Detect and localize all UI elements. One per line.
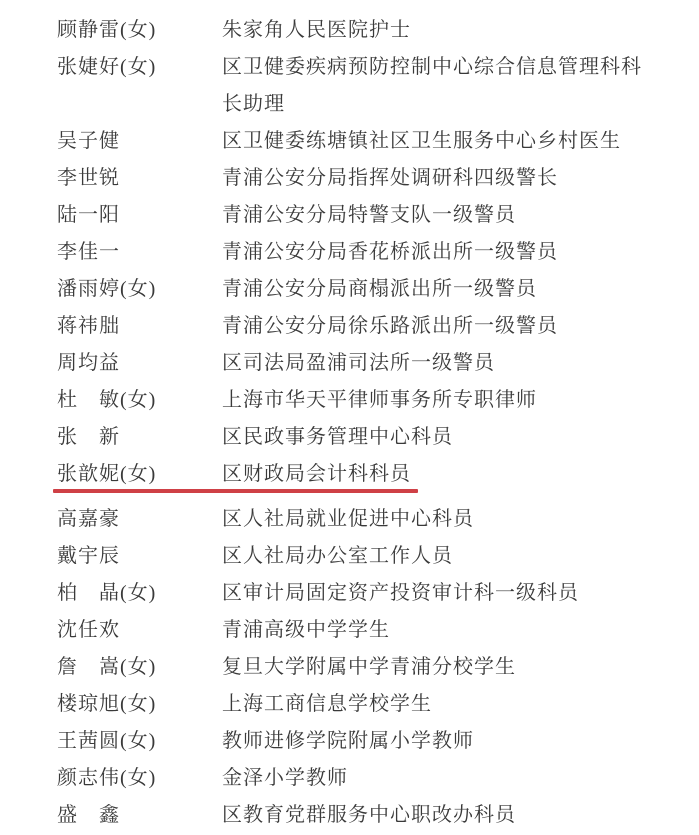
person-name: 高嘉豪 — [57, 501, 222, 538]
person-title: 金泽小学教师 — [222, 760, 348, 797]
person-title: 区人社局就业促进中心科员 — [222, 501, 474, 538]
person-title: 区卫健委疾病预防控制中心综合信息管理科科长助理 — [222, 49, 648, 123]
person-name: 沈任欢 — [57, 612, 222, 649]
person-title: 青浦公安分局商榻派出所一级警员 — [222, 271, 537, 308]
document-page: 顾静雷(女)朱家角人民医院护士张婕好(女)区卫健委疾病预防控制中心综合信息管理科… — [0, 0, 699, 835]
list-row: 颜志伟(女)金泽小学教师 — [57, 760, 679, 797]
person-name: 张 新 — [57, 419, 222, 456]
person-name: 戴宇辰 — [57, 538, 222, 575]
list-row: 周均益区司法局盈浦司法所一级警员 — [57, 345, 679, 382]
person-name: 盛 鑫 — [57, 797, 222, 834]
person-title: 教师进修学院附属小学教师 — [222, 723, 474, 760]
person-title: 区教育党群服务中心职改办科员 — [222, 797, 516, 834]
person-name: 李世锐 — [57, 160, 222, 197]
person-name: 蒋祎朏 — [57, 308, 222, 345]
person-title: 青浦公安分局徐乐路派出所一级警员 — [222, 308, 558, 345]
person-title: 青浦公安分局特警支队一级警员 — [222, 197, 516, 234]
list-row: 张 新区民政事务管理中心科员 — [57, 419, 679, 456]
list-row: 高嘉豪区人社局就业促进中心科员 — [57, 501, 679, 538]
person-title: 上海工商信息学校学生 — [222, 686, 432, 723]
person-name: 周均益 — [57, 345, 222, 382]
person-name: 陆一阳 — [57, 197, 222, 234]
list-row: 张歆妮(女)区财政局会计科科员 — [57, 456, 679, 493]
person-title: 区财政局会计科科员 — [222, 456, 411, 493]
person-title: 复旦大学附属中学青浦分校学生 — [222, 649, 516, 686]
list-row: 戴宇辰区人社局办公室工作人员 — [57, 538, 679, 575]
person-name: 王茜圆(女) — [57, 723, 222, 760]
person-title: 青浦高级中学学生 — [222, 612, 390, 649]
person-title: 区司法局盈浦司法所一级警员 — [222, 345, 495, 382]
person-title: 上海市华天平律师事务所专职律师 — [222, 382, 537, 419]
person-title: 区人社局办公室工作人员 — [222, 538, 453, 575]
list-row: 盛 鑫区教育党群服务中心职改办科员 — [57, 797, 679, 834]
list-row: 蒋祎朏青浦公安分局徐乐路派出所一级警员 — [57, 308, 679, 345]
person-title: 区卫健委练塘镇社区卫生服务中心乡村医生 — [222, 123, 621, 160]
person-title: 朱家角人民医院护士 — [222, 12, 411, 49]
list-row: 詹 嵩(女)复旦大学附属中学青浦分校学生 — [57, 649, 679, 686]
list-row: 顾静雷(女)朱家角人民医院护士 — [57, 12, 679, 49]
list-row: 李佳一青浦公安分局香花桥派出所一级警员 — [57, 234, 679, 271]
list-row: 沈任欢青浦高级中学学生 — [57, 612, 679, 649]
person-name: 潘雨婷(女) — [57, 271, 222, 308]
person-name: 杜 敏(女) — [57, 382, 222, 419]
list-row: 楼琼旭(女)上海工商信息学校学生 — [57, 686, 679, 723]
person-name: 张婕好(女) — [57, 49, 222, 86]
list-row: 张婕好(女)区卫健委疾病预防控制中心综合信息管理科科长助理 — [57, 49, 679, 123]
list-row: 杜 敏(女)上海市华天平律师事务所专职律师 — [57, 382, 679, 419]
person-name: 顾静雷(女) — [57, 12, 222, 49]
person-title: 青浦公安分局指挥处调研科四级警长 — [222, 160, 558, 197]
person-name: 张歆妮(女) — [57, 456, 222, 493]
list-row: 李世锐青浦公安分局指挥处调研科四级警长 — [57, 160, 679, 197]
list-row: 柏 晶(女)区审计局固定资产投资审计科一级科员 — [57, 575, 679, 612]
people-list: 顾静雷(女)朱家角人民医院护士张婕好(女)区卫健委疾病预防控制中心综合信息管理科… — [57, 12, 679, 834]
list-row: 吴子健区卫健委练塘镇社区卫生服务中心乡村医生 — [57, 123, 679, 160]
person-name: 吴子健 — [57, 123, 222, 160]
person-name: 颜志伟(女) — [57, 760, 222, 797]
list-row: 潘雨婷(女)青浦公安分局商榻派出所一级警员 — [57, 271, 679, 308]
person-name: 楼琼旭(女) — [57, 686, 222, 723]
person-title: 区民政事务管理中心科员 — [222, 419, 453, 456]
list-row: 王茜圆(女)教师进修学院附属小学教师 — [57, 723, 679, 760]
person-name: 詹 嵩(女) — [57, 649, 222, 686]
person-title: 区审计局固定资产投资审计科一级科员 — [222, 575, 579, 612]
person-title: 青浦公安分局香花桥派出所一级警员 — [222, 234, 558, 271]
list-row: 陆一阳青浦公安分局特警支队一级警员 — [57, 197, 679, 234]
red-underline — [53, 489, 418, 493]
person-name: 柏 晶(女) — [57, 575, 222, 612]
person-name: 李佳一 — [57, 234, 222, 271]
